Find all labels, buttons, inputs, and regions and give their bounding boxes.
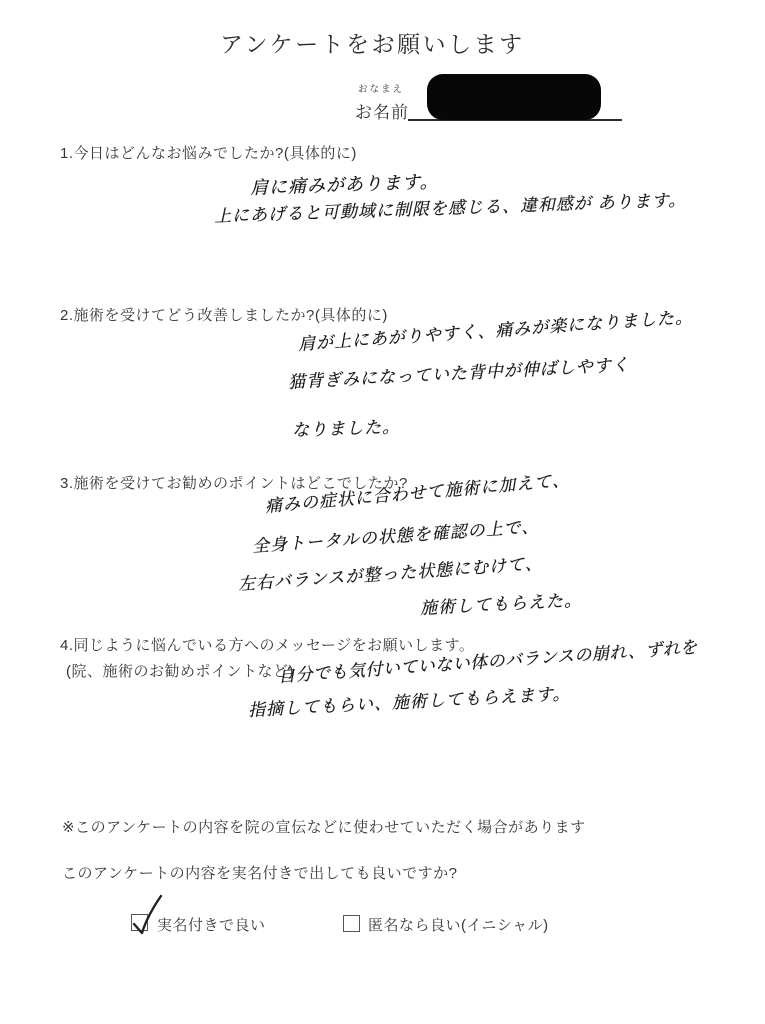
name-label: お名前: [355, 98, 409, 123]
name-furigana-label: おなまえ: [358, 81, 404, 95]
consent-question: このアンケートの内容を実名付きで出しても良いですか?: [62, 862, 457, 883]
question-2-answer-line-2: 猫背ぎみになっていた背中が伸ばしやすく: [287, 350, 630, 393]
question-3-answer-line-3: 左右バランスが整った状態にむけて、: [237, 549, 543, 595]
question-1-label: 1.今日はどんなお悩みでしたか?(具体的に): [60, 142, 357, 163]
checkbox-anonymous[interactable]: [343, 915, 360, 932]
question-2-label: 2.施術を受けてどう改善しましたか?(具体的に): [60, 304, 388, 325]
checkbox-real-name-label: 実名付きで良い: [157, 914, 266, 935]
name-value-redaction: [427, 74, 601, 120]
questionnaire-page: アンケートをお願いします おなまえ お名前 1.今日はどんなお悩みでしたか?(具…: [0, 0, 765, 1024]
question-2-answer-line-3: なりました。: [292, 412, 401, 441]
question-3-answer-line-2: 全身トータルの状態を確認の上で、: [251, 512, 540, 557]
page-title: アンケートをお願いします: [220, 26, 525, 59]
question-4-sublabel: (院、施術のお勧めポイントなど): [66, 660, 294, 681]
usage-disclaimer: ※このアンケートの内容を院の宣伝などに使わせていただく場合があります: [62, 816, 586, 837]
checkbox-anonymous-label: 匿名なら良い(イニシャル): [368, 914, 549, 935]
question-3-answer-line-4: 施術してもらえた。: [419, 586, 582, 619]
